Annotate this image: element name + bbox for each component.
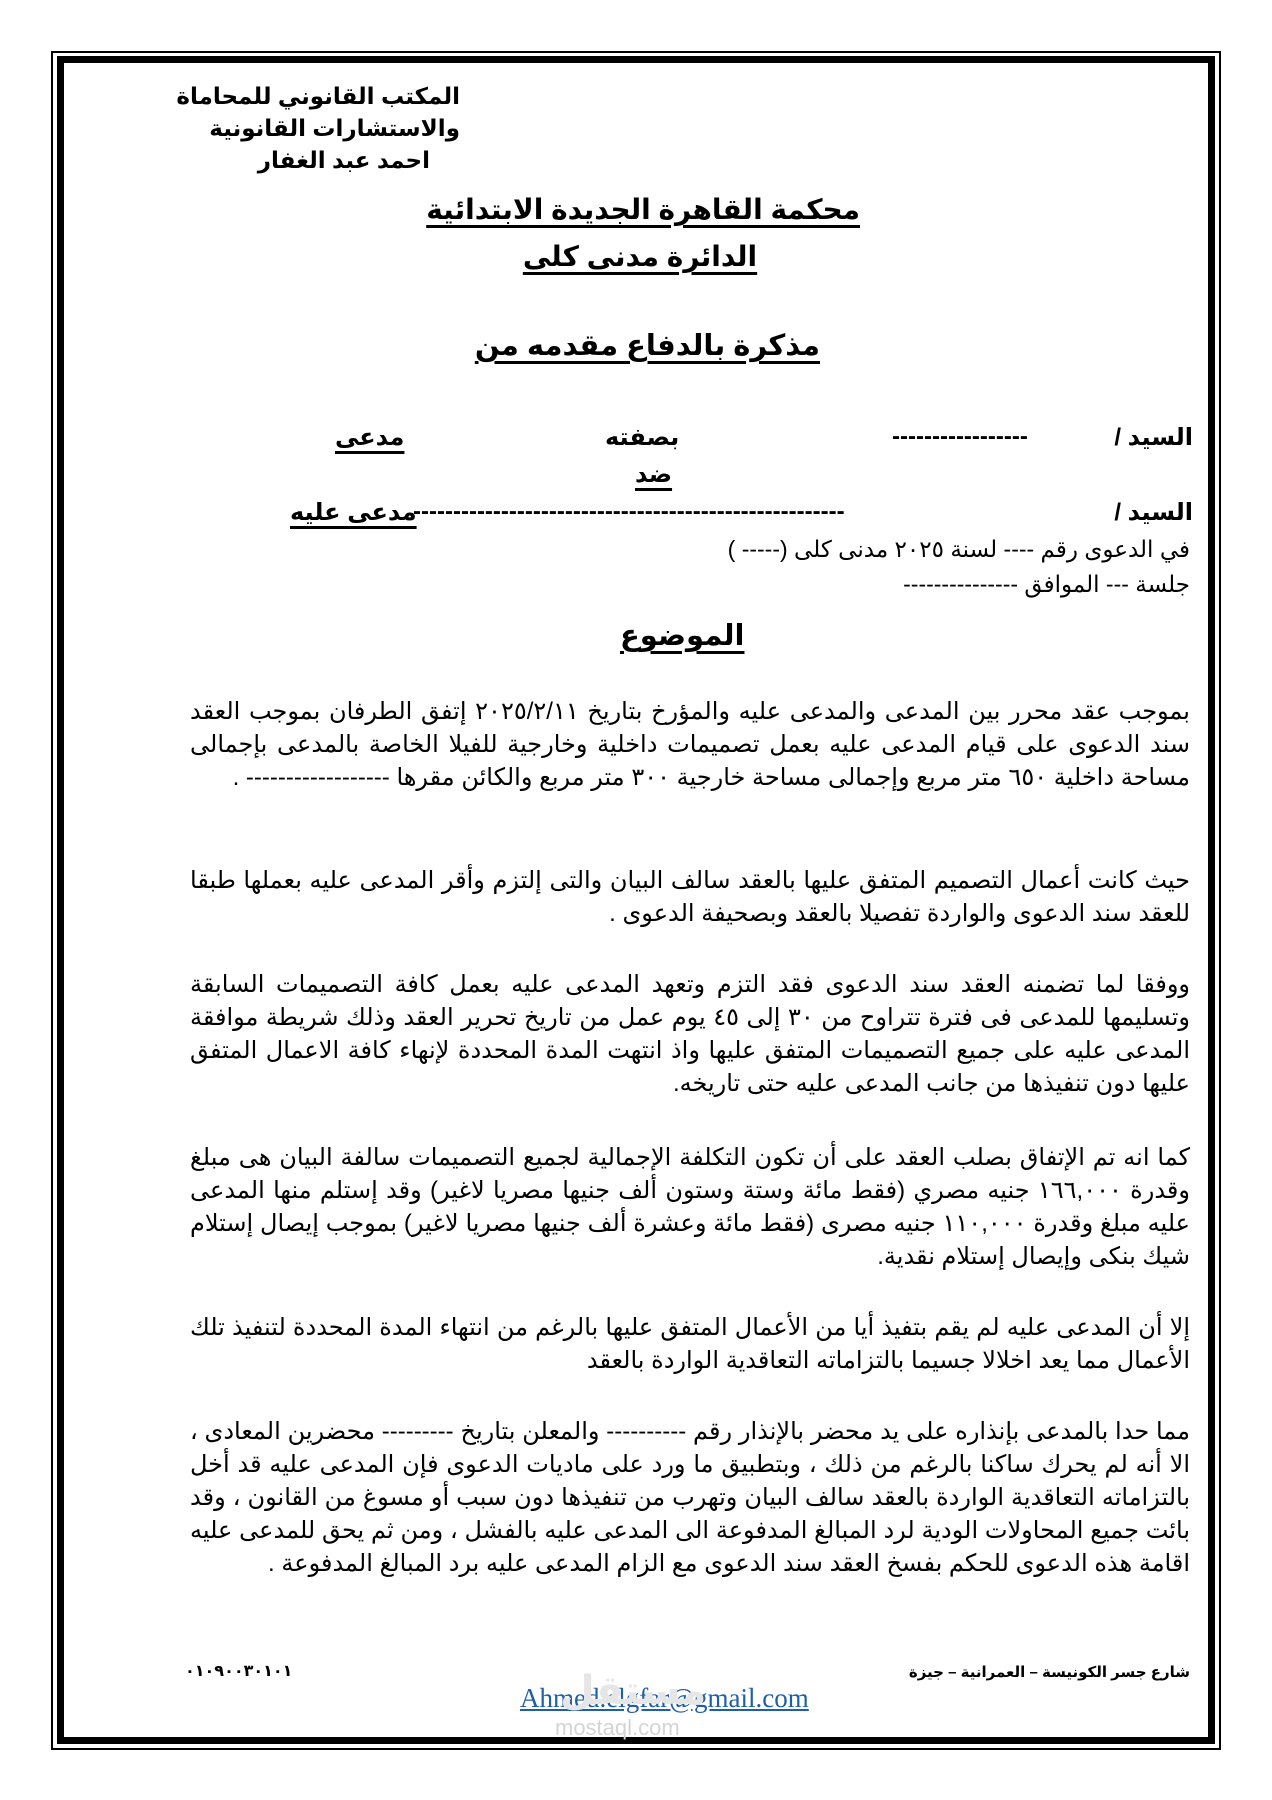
plaintiff-role: مدعى <box>335 423 404 452</box>
watermark-site: mostaql.com <box>555 1715 680 1741</box>
office-phone: ٠١٠٩٠٠٣٠١٠١ <box>185 1661 292 1681</box>
capacity-label: بصفته <box>605 423 679 452</box>
paragraph-breach: إلا أن المدعى عليه لم يقم بتفيذ أيا من ا… <box>190 1311 1190 1377</box>
paragraph-design-works: حيث كانت أعمال التصميم المتفق عليها بالع… <box>190 864 1190 930</box>
lawyer-name: احمد عبد الغفار <box>190 144 460 176</box>
plaintiff-label: السيد / <box>1114 423 1193 452</box>
defendant-label: السيد / <box>1114 498 1193 527</box>
court-circuit: الدائرة مدنى كلى <box>520 240 760 273</box>
watermark-logo: مستقل <box>560 1668 706 1714</box>
paragraph-contract: بموجب عقد محرر بين المدعى والمدعى عليه و… <box>190 695 1190 794</box>
case-number-line: في الدعوى رقم ---- لسنة ٢٠٢٥ مدنى كلى (-… <box>728 536 1190 563</box>
plaintiff-name-blank: ----------------- <box>892 423 1028 451</box>
memo-title: مذكرة بالدفاع مقدمه من <box>480 328 820 363</box>
paragraph-obligations: ووفقا لما تضمنه العقد سند الدعوى فقد الت… <box>190 968 1190 1100</box>
law-office-header: المكتب القانوني للمحاماة والاستشارات الق… <box>190 80 460 176</box>
court-name: محكمة القاهرة الجديدة الابتدائية <box>440 193 860 226</box>
defendant-name-blank: ----------------------------------------… <box>413 498 845 526</box>
session-date-line: جلسة --- الموافق --------------- <box>903 571 1190 598</box>
paragraph-costs: كما انه تم الإتفاق بصلب العقد على أن تكو… <box>190 1141 1190 1273</box>
office-name-line1: المكتب القانوني للمحاماة <box>190 80 460 112</box>
paragraph-notice: مما حدا بالمدعى بإنذاره على يد محضر بالإ… <box>190 1415 1190 1580</box>
versus-label: ضد <box>635 460 672 489</box>
defendant-role: مدعى عليه <box>290 498 417 527</box>
office-address: شارع جسر الكونيسة – العمرانية – جيزة <box>909 1663 1190 1681</box>
subject-heading: الموضوع <box>620 618 744 653</box>
office-name-line2: والاستشارات القانونية <box>190 112 460 144</box>
